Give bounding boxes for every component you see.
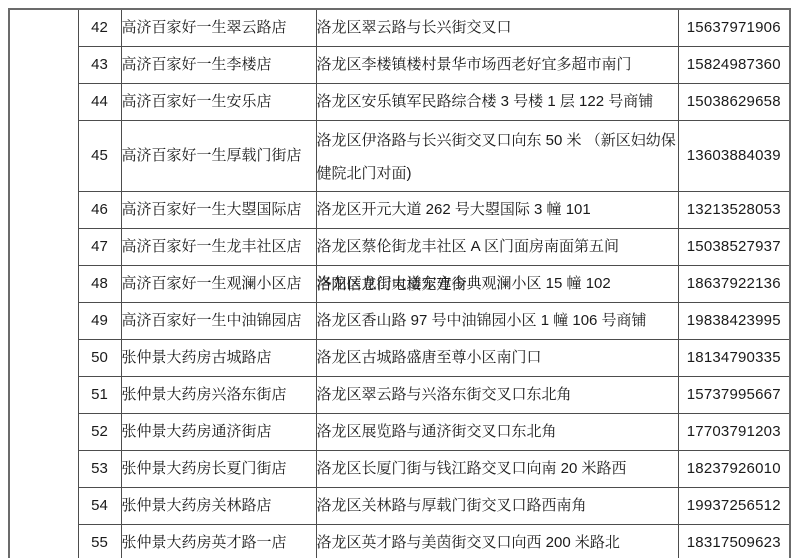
store-name-cell: 张仲景大药房英才路一店	[121, 525, 316, 558]
phone-cell: 18317509623	[678, 525, 790, 558]
address-text: 洛龙区蔡伦街龙丰社区 A 区门面房南面第五间	[317, 238, 678, 257]
address-cell: 洛龙区蔡伦街龙丰社区 A 区门面房南面第五间	[316, 229, 678, 266]
table-row: 43 高济百家好一生李楼店 洛龙区李楼镇楼村景华市场西老好宜多超市南门 1582…	[9, 47, 790, 84]
table-row: 44 高济百家好一生安乐店 洛龙区安乐镇军民路综合楼 3 号楼 1 层 122 …	[9, 84, 790, 121]
row-number-cell: 47	[78, 229, 121, 266]
store-name-cell: 张仲景大药房通济街店	[121, 414, 316, 451]
table-row: 48 高济百家好一生观澜小区店 洛龙区龙门大道东方今典观澜小区 15 幢 102…	[9, 266, 790, 303]
row-number-cell: 49	[78, 303, 121, 340]
address-text: 洛龙区伊洛路与长兴街交叉口向东 50 米 （新区妇幼保健院北门对面)	[317, 124, 678, 190]
address-cell: 洛龙区古城路盛唐至尊小区南门口	[316, 340, 678, 377]
row-number-cell: 51	[78, 377, 121, 414]
phone-cell: 13603884039	[678, 121, 790, 192]
address-cell: 洛龙区英才路与美茵街交叉口向西 200 米路北	[316, 525, 678, 558]
address-text: 洛龙区龙门大道东方今典观澜小区 15 幢 102洛阳信息街电楼宠建街	[317, 275, 678, 294]
store-name-cell: 高济百家好一生大曌国际店	[121, 192, 316, 229]
store-name-cell: 高济百家好一生李楼店	[121, 47, 316, 84]
address-cell: 洛龙区翠云路与兴洛东街交叉口东北角	[316, 377, 678, 414]
table-row: 54 张仲景大药房关林路店 洛龙区关林路与厚载门街交叉口路西南角 1993725…	[9, 488, 790, 525]
address-text: 洛龙区展览路与通济街交叉口东北角	[317, 423, 678, 442]
table-row: 47 高济百家好一生龙丰社区店 洛龙区蔡伦街龙丰社区 A 区门面房南面第五间 1…	[9, 229, 790, 266]
address-text: 洛龙区长厦门街与钱江路交叉口向南 20 米路西	[317, 460, 678, 479]
store-name-cell: 高济百家好一生中油锦园店	[121, 303, 316, 340]
address-cell: 洛龙区香山路 97 号中油锦园小区 1 幢 106 号商铺	[316, 303, 678, 340]
phone-cell: 19838423995	[678, 303, 790, 340]
overlapping-ghost-text: 洛阳信息街电楼宠建街	[317, 276, 467, 295]
phone-cell: 17703791203	[678, 414, 790, 451]
phone-cell: 15737995667	[678, 377, 790, 414]
row-number-cell: 48	[78, 266, 121, 303]
store-name-cell: 高济百家好一生安乐店	[121, 84, 316, 121]
address-cell: 洛龙区伊洛路与长兴街交叉口向东 50 米 （新区妇幼保健院北门对面)	[316, 121, 678, 192]
address-text: 洛龙区香山路 97 号中油锦园小区 1 幢 106 号商铺	[317, 312, 678, 331]
row-number-cell: 54	[78, 488, 121, 525]
store-name-cell: 张仲景大药房关林路店	[121, 488, 316, 525]
store-name-cell: 高济百家好一生龙丰社区店	[121, 229, 316, 266]
address-text: 洛龙区开元大道 262 号大曌国际 3 幢 101	[317, 201, 678, 220]
store-name-cell: 张仲景大药房长夏门街店	[121, 451, 316, 488]
address-text: 洛龙区翠云路与长兴街交叉口	[317, 19, 678, 38]
phone-cell: 15038629658	[678, 84, 790, 121]
table-row: 55 张仲景大药房英才路一店 洛龙区英才路与美茵街交叉口向西 200 米路北 1…	[9, 525, 790, 558]
address-cell: 洛龙区展览路与通济街交叉口东北角	[316, 414, 678, 451]
address-text: 洛龙区李楼镇楼村景华市场西老好宜多超市南门	[317, 56, 678, 75]
address-cell: 洛龙区长厦门街与钱江路交叉口向南 20 米路西	[316, 451, 678, 488]
address-cell: 洛龙区安乐镇军民路综合楼 3 号楼 1 层 122 号商铺	[316, 84, 678, 121]
address-cell: 洛龙区开元大道 262 号大曌国际 3 幢 101	[316, 192, 678, 229]
row-number-cell: 55	[78, 525, 121, 558]
phone-cell: 15824987360	[678, 47, 790, 84]
table-row: 51 张仲景大药房兴洛东街店 洛龙区翠云路与兴洛东街交叉口东北角 1573799…	[9, 377, 790, 414]
address-cell: 洛龙区翠云路与长兴街交叉口	[316, 9, 678, 47]
table-row: 46 高济百家好一生大曌国际店 洛龙区开元大道 262 号大曌国际 3 幢 10…	[9, 192, 790, 229]
address-cell: 洛龙区李楼镇楼村景华市场西老好宜多超市南门	[316, 47, 678, 84]
pharmacy-store-table: 42 高济百家好一生翠云路店 洛龙区翠云路与长兴街交叉口 15637971906…	[8, 8, 791, 558]
store-name-cell: 张仲景大药房古城路店	[121, 340, 316, 377]
address-cell: 洛龙区龙门大道东方今典观澜小区 15 幢 102洛阳信息街电楼宠建街	[316, 266, 678, 303]
phone-cell: 18637922136	[678, 266, 790, 303]
table-row: 42 高济百家好一生翠云路店 洛龙区翠云路与长兴街交叉口 15637971906	[9, 9, 790, 47]
table-row: 49 高济百家好一生中油锦园店 洛龙区香山路 97 号中油锦园小区 1 幢 10…	[9, 303, 790, 340]
row-number-cell: 50	[78, 340, 121, 377]
phone-cell: 18134790335	[678, 340, 790, 377]
store-name-cell: 高济百家好一生厚载门街店	[121, 121, 316, 192]
row-number-cell: 43	[78, 47, 121, 84]
phone-cell: 15637971906	[678, 9, 790, 47]
address-text: 洛龙区翠云路与兴洛东街交叉口东北角	[317, 386, 678, 405]
address-text: 洛龙区安乐镇军民路综合楼 3 号楼 1 层 122 号商铺	[317, 93, 678, 112]
phone-cell: 13213528053	[678, 192, 790, 229]
merged-empty-cell	[9, 9, 78, 558]
table-row: 50 张仲景大药房古城路店 洛龙区古城路盛唐至尊小区南门口 1813479033…	[9, 340, 790, 377]
table-row: 45 高济百家好一生厚载门街店 洛龙区伊洛路与长兴街交叉口向东 50 米 （新区…	[9, 121, 790, 192]
row-number-cell: 44	[78, 84, 121, 121]
store-name-cell: 高济百家好一生观澜小区店	[121, 266, 316, 303]
address-cell: 洛龙区关林路与厚载门街交叉口路西南角	[316, 488, 678, 525]
table-row: 52 张仲景大药房通济街店 洛龙区展览路与通济街交叉口东北角 177037912…	[9, 414, 790, 451]
phone-cell: 15038527937	[678, 229, 790, 266]
row-number-cell: 53	[78, 451, 121, 488]
address-text: 洛龙区古城路盛唐至尊小区南门口	[317, 349, 678, 368]
document-page: 42 高济百家好一生翠云路店 洛龙区翠云路与长兴街交叉口 15637971906…	[0, 0, 800, 558]
address-text: 洛龙区关林路与厚载门街交叉口路西南角	[317, 497, 678, 516]
store-name-cell: 高济百家好一生翠云路店	[121, 9, 316, 47]
phone-cell: 19937256512	[678, 488, 790, 525]
address-text: 洛龙区英才路与美茵街交叉口向西 200 米路北	[317, 534, 678, 553]
row-number-cell: 52	[78, 414, 121, 451]
table-row: 53 张仲景大药房长夏门街店 洛龙区长厦门街与钱江路交叉口向南 20 米路西 1…	[9, 451, 790, 488]
phone-cell: 18237926010	[678, 451, 790, 488]
row-number-cell: 46	[78, 192, 121, 229]
row-number-cell: 42	[78, 9, 121, 47]
table-body: 42 高济百家好一生翠云路店 洛龙区翠云路与长兴街交叉口 15637971906…	[9, 9, 790, 558]
row-number-cell: 45	[78, 121, 121, 192]
store-name-cell: 张仲景大药房兴洛东街店	[121, 377, 316, 414]
